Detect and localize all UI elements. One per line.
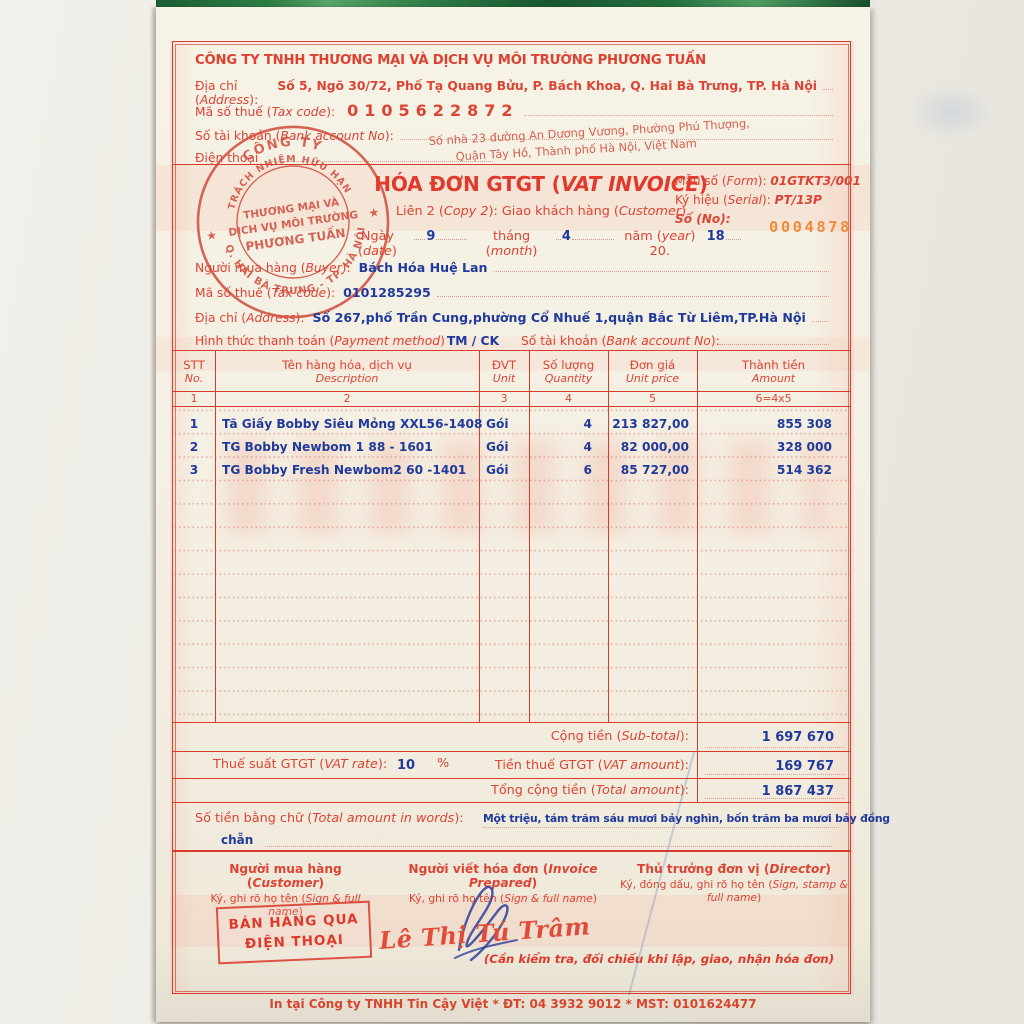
items-table: STTNo. Tên hàng hóa, dịch vụDescription … — [173, 350, 850, 803]
date-day: 9 — [425, 229, 436, 244]
cell-unitprice: 213 827,00 — [608, 417, 697, 431]
vat-rate-label: Thuế suất GTGT (VAT rate): — [213, 757, 387, 772]
dotted-leader — [414, 228, 426, 240]
verification-note: (Cần kiểm tra, đối chiếu khi lập, giao, … — [469, 952, 849, 966]
serial-value: PT/13P — [775, 193, 822, 207]
year-label: năm (year) 20. — [614, 229, 706, 259]
buyer-name-line: Người mua hàng (Buyer): Bách Hóa Huệ Lan — [195, 260, 831, 275]
serial-label: Ký hiệu (Serial): — [675, 193, 771, 207]
form-label: Mẫu số (Form): — [675, 174, 767, 188]
total-label-cell: Tổng cộng tiền (Total amount): — [173, 779, 697, 802]
total-label: Tổng cộng tiền (Total amount): — [491, 783, 689, 798]
percent-sign: % — [437, 756, 449, 771]
cell-unit: Gói — [479, 463, 529, 477]
col-number: 4 — [529, 392, 608, 406]
cell-stt: 1 — [173, 417, 215, 431]
dotted-leader — [572, 228, 614, 240]
buyer-signature-title: Người mua hàng (Customer) — [203, 862, 368, 890]
director-signature-block: Thủ trưởng đơn vị (Director) Ký, đóng dấ… — [617, 862, 851, 904]
table-header-row: STTNo. Tên hàng hóa, dịch vụDescription … — [173, 350, 850, 392]
photo-of-invoice: CÔNG TY TNHH THƯƠNG MẠI VÀ DỊCH VỤ MÔI T… — [0, 0, 1024, 1024]
cell-amount: 514 362 — [697, 463, 850, 477]
cell-unit: Gói — [479, 417, 529, 431]
cell-description: TG Bobby Newbom 1 88 - 1601 — [215, 440, 479, 454]
seller-taxcode-label: Mã số thuế (Tax code): — [195, 105, 335, 119]
signature-section: Người mua hàng (Customer) Ký, ghi rõ họ … — [173, 852, 850, 995]
amount-words-line2: chẵn — [221, 833, 253, 847]
table-row: 2 TG Bobby Newbom 1 88 - 1601 Gói 4 82 0… — [173, 435, 850, 458]
col-header-unitprice: Đơn giáUnit price — [608, 351, 697, 391]
payment-line: Hình thức thanh toán (Payment method) TM… — [195, 334, 831, 348]
seller-company-name: CÔNG TY TNHH THƯƠNG MẠI VÀ DỊCH VỤ MÔI T… — [195, 53, 706, 68]
total-value: 1 867 437 — [697, 779, 850, 802]
date-year: 18 — [706, 229, 726, 244]
buyer-address-line: Địa chỉ (Address): Số 267,phố Trần Cung,… — [195, 310, 831, 325]
cell-amount: 328 000 — [697, 440, 850, 454]
amount-words-label: Số tiền bằng chữ (Total amount in words)… — [195, 811, 464, 826]
buyer-name-value: Bách Hóa Huệ Lan — [359, 260, 488, 275]
buyer-name-label: Người mua hàng (Buyer): — [195, 261, 351, 275]
dotted-leader — [726, 228, 741, 240]
director-signature-title: Thủ trưởng đơn vị (Director) — [617, 862, 851, 876]
phone-sales-stamp-line2: ĐIỆN THOẠI — [229, 929, 360, 955]
col-number: 3 — [479, 392, 529, 406]
dotted-leader — [265, 846, 832, 847]
table-row: 3 TG Bobby Fresh Newbom2 60 -1401 Gói 6 … — [173, 458, 850, 481]
col-header-amount: Thành tiềnAmount — [697, 351, 850, 391]
seal-star-left: ★ — [205, 228, 218, 243]
cell-description: TG Bobby Fresh Newbom2 60 -1401 — [215, 463, 479, 477]
col-number: 2 — [215, 392, 479, 406]
dotted-leader — [812, 321, 829, 322]
vat-amount-value: 169 767 — [697, 752, 850, 778]
cell-unitprice: 82 000,00 — [608, 440, 697, 454]
buyer-address-label: Địa chỉ (Address): — [195, 311, 305, 325]
dotted-leader — [437, 296, 829, 297]
date-label: Ngày (date) — [341, 229, 414, 259]
vat-label-cell: Thuế suất GTGT (VAT rate): 10 % Tiền thu… — [173, 752, 697, 778]
cell-quantity: 4 — [529, 417, 608, 431]
buyer-taxcode-line: Mã số thuế (Tax code): 0101285295 — [195, 285, 831, 300]
invoice-date-line: Ngày (date) 9 tháng (month) 4 năm (year)… — [341, 228, 741, 259]
dotted-leader — [524, 115, 833, 116]
date-month: 4 — [561, 229, 572, 244]
serial-line: Ký hiệu (Serial): PT/13P — [675, 193, 822, 207]
form-value: 01GTKT3/001 — [770, 174, 861, 188]
seller-address-value: Số 5, Ngõ 30/72, Phố Tạ Quang Bửu, P. Bá… — [277, 79, 817, 93]
cell-stt: 2 — [173, 440, 215, 454]
month-label: tháng (month) — [467, 229, 556, 259]
col-header-stt: STTNo. — [173, 351, 215, 391]
form-number-line: Mẫu số (Form): 01GTKT3/001 — [675, 174, 861, 188]
subtotal-row: Cộng tiền (Sub-total): 1 697 670 — [173, 722, 850, 751]
amount-words-line1: Một triệu, tám trăm sáu mươi bảy nghìn, … — [483, 812, 839, 828]
cell-description: Tã Giấy Bobby Siêu Mỏng XXL56-1408 — [215, 417, 479, 431]
cell-unitprice: 85 727,00 — [608, 463, 697, 477]
vat-rate-value: 10 — [397, 758, 415, 773]
buyer-taxcode-value: 0101285295 — [343, 285, 431, 300]
col-header-description: Tên hàng hóa, dịch vụDescription — [215, 351, 479, 391]
handstamp-address: Số nhà 23 đường An Dương Vương, Phường P… — [428, 115, 751, 167]
col-header-unit: ĐVTUnit — [479, 351, 529, 391]
column-number-row: 1 2 3 4 5 6=4x5 — [173, 392, 850, 407]
table-body: 1 Tã Giấy Bobby Siêu Mỏng XXL56-1408 Gói… — [173, 407, 850, 722]
payment-value: TM / CK — [447, 334, 499, 348]
dotted-leader — [494, 271, 829, 272]
buyer-address-value: Số 267,phố Trần Cung,phường Cổ Nhuế 1,qu… — [313, 310, 806, 325]
cell-amount: 855 308 — [697, 417, 850, 431]
phone-sales-stamp: BÁN HÀNG QUA ĐIỆN THOẠI — [216, 901, 372, 964]
subtotal-value: 1 697 670 — [697, 723, 850, 751]
invoice-number: 0004878 — [769, 218, 852, 236]
amount-in-words-section: Số tiền bằng chữ (Total amount in words)… — [173, 803, 850, 852]
col-number: 6=4x5 — [697, 392, 850, 406]
table-row: 1 Tã Giấy Bobby Siêu Mỏng XXL56-1408 Gói… — [173, 412, 850, 435]
dotted-leader — [823, 89, 833, 90]
subtotal-label-cell: Cộng tiền (Sub-total): — [173, 723, 697, 751]
col-number: 1 — [173, 392, 215, 406]
subtotal-label: Cộng tiền (Sub-total): — [551, 729, 689, 744]
vat-amount-label: Tiền thuế GTGT (VAT amount): — [495, 758, 689, 773]
col-header-quantity: Số lượngQuantity — [529, 351, 608, 391]
printer-info-line: In tại Công ty TNHH Tin Cậy Việt * ĐT: 0… — [156, 997, 870, 1011]
ink-smudge — [908, 85, 994, 139]
buyer-taxcode-label: Mã số thuế (Tax code): — [195, 286, 335, 300]
dotted-leader — [436, 228, 467, 240]
buyer-bank-label: Số tài khoản (Bank account No): — [521, 334, 720, 348]
vat-row: Thuế suất GTGT (VAT rate): 10 % Tiền thu… — [173, 751, 850, 778]
number-label: Số (No): — [675, 212, 731, 226]
dotted-leader — [719, 344, 829, 345]
cell-unit: Gói — [479, 440, 529, 454]
cell-stt: 3 — [173, 463, 215, 477]
invoice-border-box: CÔNG TY TNHH THƯƠNG MẠI VÀ DỊCH VỤ MÔI T… — [172, 41, 851, 994]
payment-label: Hình thức thanh toán (Payment method) — [195, 334, 445, 348]
total-row: Tổng cộng tiền (Total amount): 1 867 437 — [173, 778, 850, 803]
col-number: 5 — [608, 392, 697, 406]
invoice-paper: CÔNG TY TNHH THƯƠNG MẠI VÀ DỊCH VỤ MÔI T… — [156, 7, 870, 1022]
cell-quantity: 4 — [529, 440, 608, 454]
cell-quantity: 6 — [529, 463, 608, 477]
